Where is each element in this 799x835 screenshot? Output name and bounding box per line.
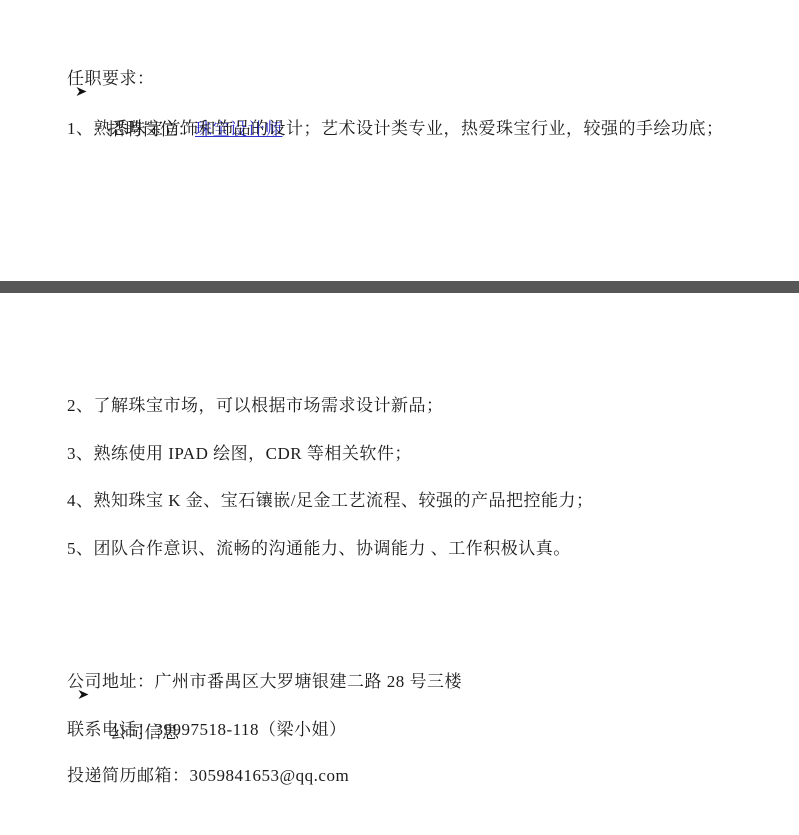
requirement-item-1: 1、熟悉珠宝首饰和饰品的设计；艺术设计类专业，热爱珠宝行业，较强的手绘功底； [67, 118, 724, 140]
requirement-item-2: 2、了解珠宝市场，可以根据市场需求设计新品； [67, 395, 444, 417]
company-email: 投递简历邮箱：3059841653@qq.com [67, 765, 349, 787]
requirement-item-5: 5、团队合作意识、流畅的沟通能力、协调能力 、工作积极认真。 [67, 538, 571, 560]
page-break-divider [0, 281, 799, 293]
company-address: 公司地址：广州市番禺区大罗塘银建二路 28 号三楼 [67, 671, 462, 693]
requirement-item-3: 3、熟练使用 IPAD 绘图，CDR 等相关软件； [67, 443, 412, 465]
requirement-item-4: 4、熟知珠宝 K 金、宝石镶嵌/足金工艺流程、较强的产品把控能力； [67, 490, 594, 512]
requirements-title: 任职要求： [67, 68, 155, 90]
company-phone: 联系电话：39997518-118（梁小姐） [67, 719, 347, 741]
